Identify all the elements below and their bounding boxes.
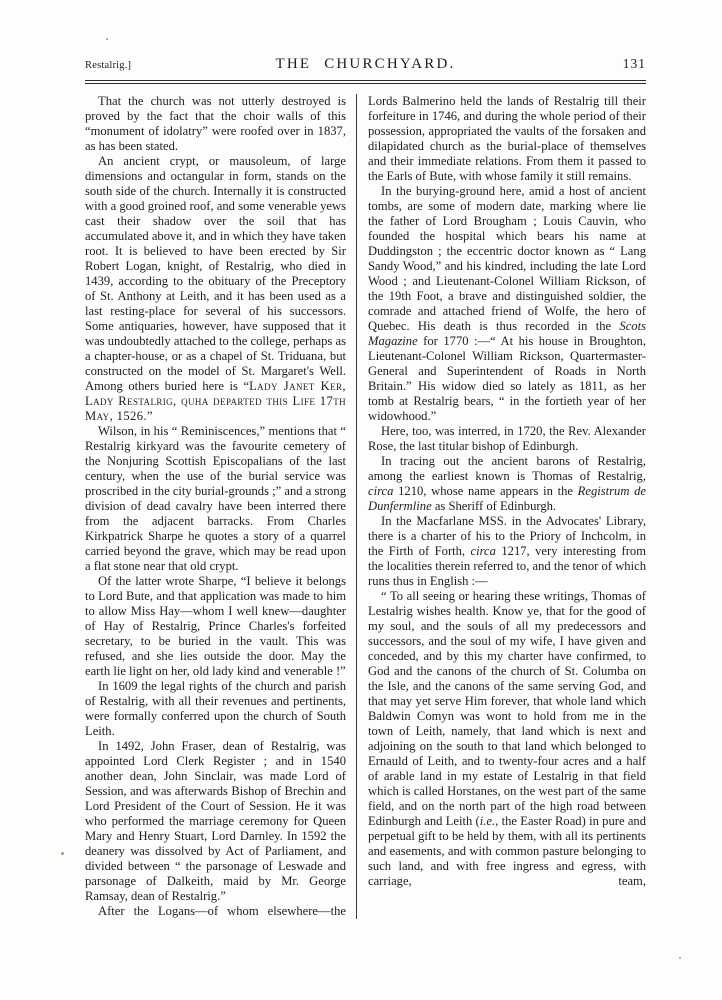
- book-page: Restalrig.] THE CHURCHYARD. 131 That the…: [0, 0, 722, 1000]
- paragraph: Of the latter wrote Sharpe, “I believe i…: [85, 574, 346, 679]
- text-segment: Of the latter wrote Sharpe, “I believe i…: [85, 574, 346, 678]
- text-segment: An ancient crypt, or mausoleum, of large…: [85, 154, 346, 393]
- paragraph: After the Logans—of whom elsewhere—the: [85, 904, 346, 919]
- text-segment: In 1492, John Fraser, dean of Restalrig,…: [85, 739, 346, 903]
- page-title: THE CHURCHYARD.: [205, 56, 526, 73]
- text-segment: 1210, whose name appears in the: [393, 484, 577, 498]
- paragraph: Here, too, was interred, in 1720, the Re…: [368, 424, 646, 454]
- scan-speck: [679, 957, 681, 959]
- page-content: Restalrig.] THE CHURCHYARD. 131 That the…: [85, 56, 646, 919]
- text-segment: “ To all seeing or hearing these writing…: [368, 589, 646, 828]
- text-segment: circa: [471, 544, 496, 558]
- paragraph: Wilson, in his “ Reminiscences,” mention…: [85, 424, 346, 574]
- paragraph: “ To all seeing or hearing these writing…: [368, 589, 646, 889]
- running-header: Restalrig.] THE CHURCHYARD. 131: [85, 56, 646, 78]
- scan-speck: [106, 38, 108, 40]
- paragraph: In 1609 the legal rights of the church a…: [85, 679, 346, 739]
- text-segment: In the burying-ground here, amid a host …: [368, 184, 646, 333]
- text-segment: Here, too, was interred, in 1720, the Re…: [368, 424, 646, 453]
- left-column: That the church was not utterly destroye…: [85, 94, 346, 919]
- text-segment: circa: [368, 484, 393, 498]
- text-segment: Wilson, in his “ Reminiscences,” mention…: [85, 424, 346, 573]
- column-divider-rule: [356, 94, 357, 919]
- right-column: Lords Balmerino held the lands of Restal…: [368, 94, 646, 919]
- text-segment: In 1609 the legal rights of the church a…: [85, 679, 346, 738]
- header-section-label: Restalrig.]: [85, 60, 205, 71]
- paragraph: In tracing out the ancient barons of Res…: [368, 454, 646, 514]
- text-segment: as Sheriff of Edinburgh.: [432, 499, 556, 513]
- text-segment: i.e.: [480, 814, 495, 828]
- header-rule: [85, 80, 646, 84]
- text-segment: That the church was not utterly destroye…: [85, 94, 346, 153]
- paragraph: An ancient crypt, or mausoleum, of large…: [85, 154, 346, 424]
- page-number: 131: [526, 56, 646, 72]
- text-segment: ”: [147, 409, 153, 423]
- text-segment: After the Logans—of whom elsewhere—the: [98, 904, 346, 918]
- paragraph: In the burying-ground here, amid a host …: [368, 184, 646, 424]
- paragraph: In 1492, John Fraser, dean of Restalrig,…: [85, 739, 346, 904]
- paragraph: In the Macfarlane MSS. in the Advocates'…: [368, 514, 646, 589]
- text-segment: In tracing out the ancient barons of Res…: [368, 454, 646, 483]
- paragraph: Lords Balmerino held the lands of Restal…: [368, 94, 646, 184]
- text-segment: Lords Balmerino held the lands of Restal…: [368, 94, 646, 183]
- text-columns: That the church was not utterly destroye…: [85, 94, 646, 919]
- paragraph: That the church was not utterly destroye…: [85, 94, 346, 154]
- scan-speck: [61, 852, 64, 855]
